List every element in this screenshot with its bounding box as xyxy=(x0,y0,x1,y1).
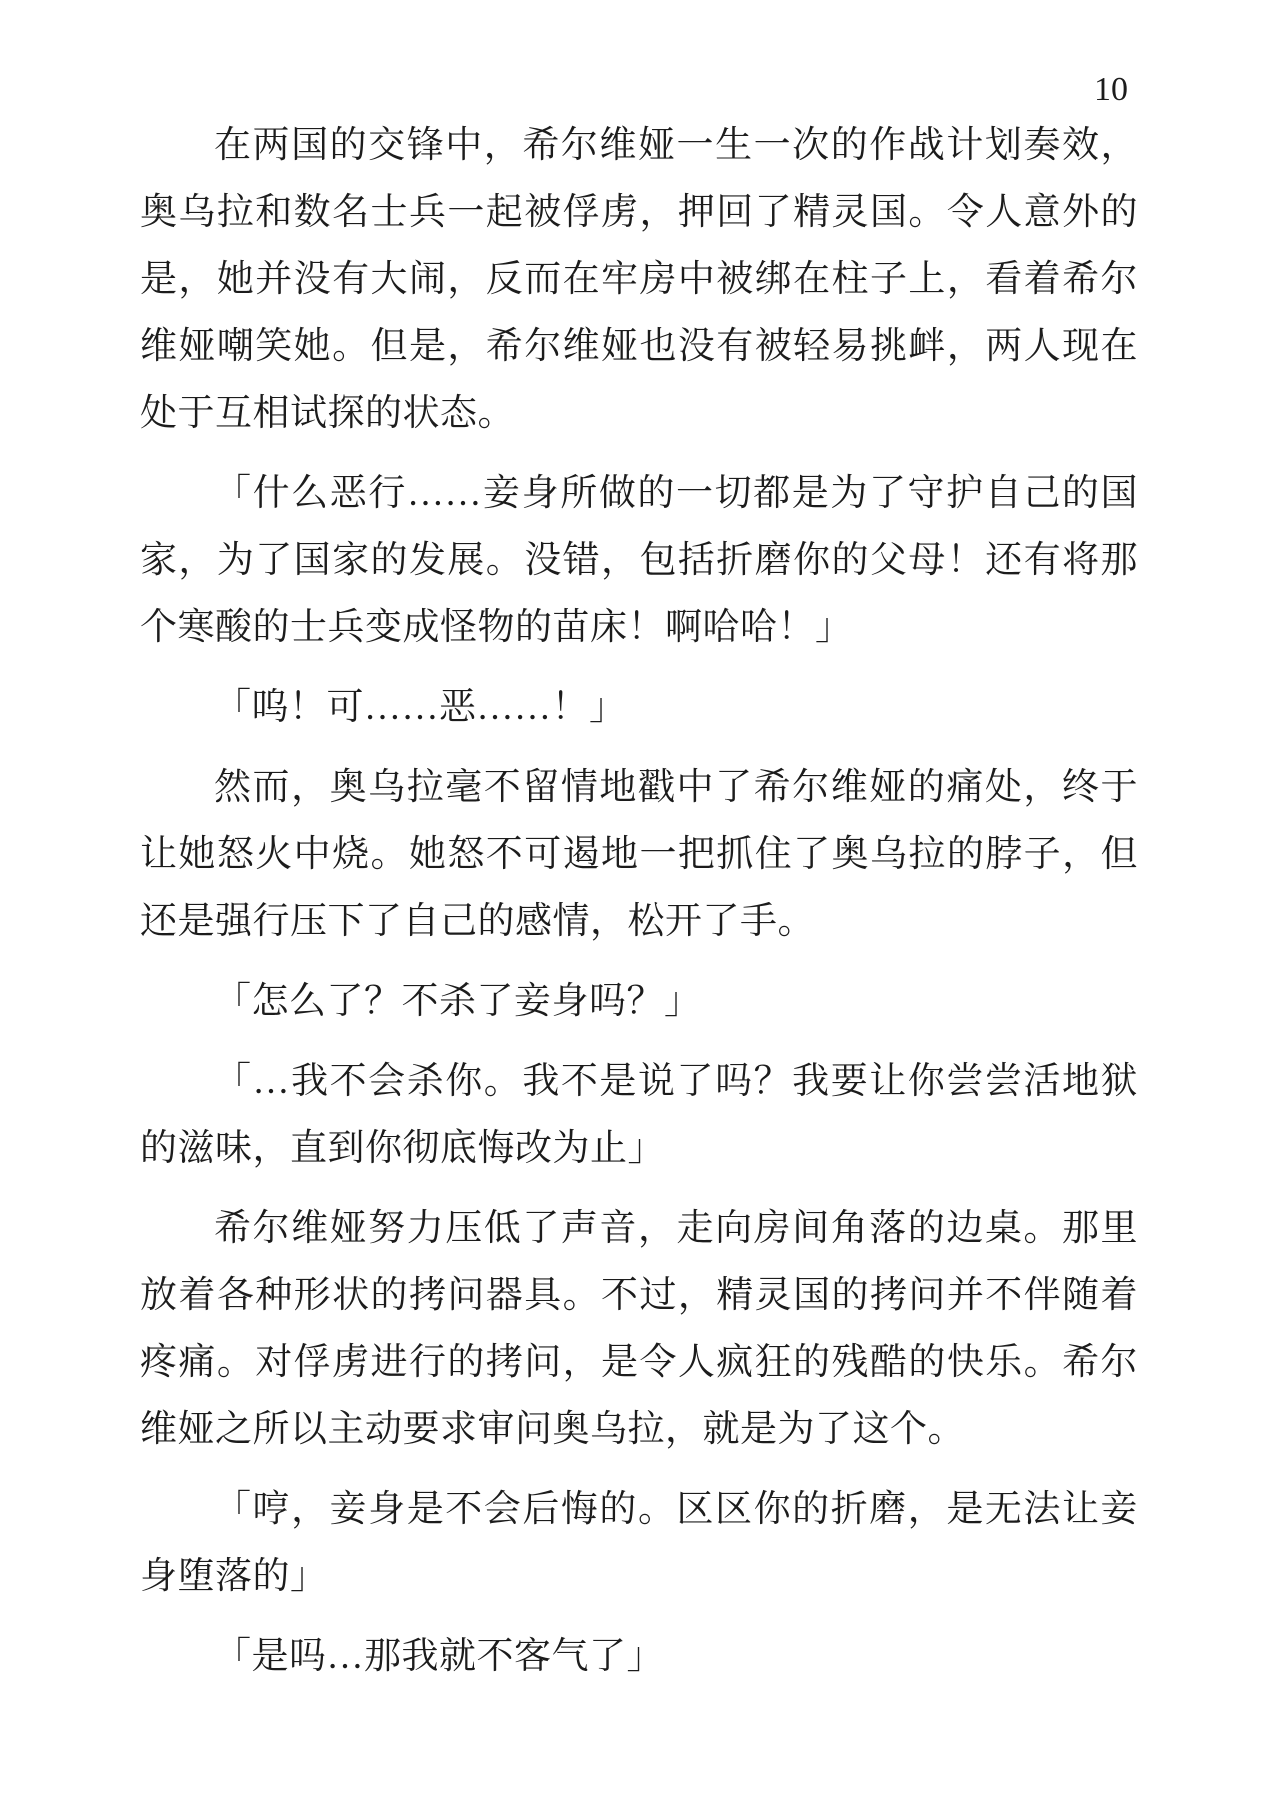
paragraph-dialogue-6: 「是吗…那我就不客气了」 xyxy=(140,1623,1138,1690)
paragraph-dialogue-3: 「怎么了？不杀了妾身吗？」 xyxy=(140,968,1138,1035)
paragraph-narrative-1: 在两国的交锋中，希尔维娅一生一次的作战计划奏效，奥乌拉和数名士兵一起被俘虏，押回… xyxy=(140,112,1138,447)
paragraph-dialogue-4: 「…我不会杀你。我不是说了吗？我要让你尝尝活地狱的滋味，直到你彻底悔改为止」 xyxy=(140,1048,1138,1182)
page-number: 10 xyxy=(1094,70,1128,110)
paragraph-narrative-3: 希尔维娅努力压低了声音，走向房间角落的边桌。那里放着各种形状的拷问器具。不过，精… xyxy=(140,1195,1138,1463)
page-body-text: 在两国的交锋中，希尔维娅一生一次的作战计划奏效，奥乌拉和数名士兵一起被俘虏，押回… xyxy=(140,112,1138,1690)
paragraph-dialogue-5: 「哼，妾身是不会后悔的。区区你的折磨，是无法让妾身堕落的」 xyxy=(140,1476,1138,1610)
paragraph-narrative-2: 然而，奥乌拉毫不留情地戳中了希尔维娅的痛处，终于让她怒火中烧。她怒不可遏地一把抓… xyxy=(140,754,1138,955)
paragraph-dialogue-1: 「什么恶行……妾身所做的一切都是为了守护自己的国家，为了国家的发展。没错，包括折… xyxy=(140,460,1138,661)
paragraph-dialogue-2: 「呜！可……恶……！」 xyxy=(140,674,1138,741)
document-page: 10 在两国的交锋中，希尔维娅一生一次的作战计划奏效，奥乌拉和数名士兵一起被俘虏… xyxy=(0,0,1280,1810)
